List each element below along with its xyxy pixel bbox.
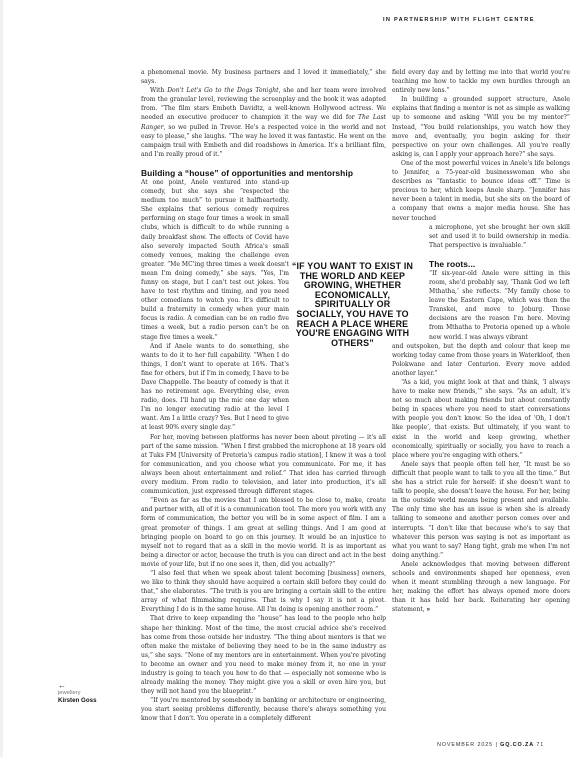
- film-title: Don't Let's Go to the Dogs Tonight: [167, 87, 278, 94]
- paragraph: Anele acknowledges that moving between d…: [392, 560, 570, 616]
- photo-credit: ← jewellery Kirsten Goss: [58, 681, 97, 705]
- page-gutter-edge: [0, 0, 3, 757]
- issue-date: NOVEMBER 2025 |: [437, 742, 500, 748]
- article-column-left: a phenomenal movie. My business partners…: [141, 68, 386, 724]
- page-footer: NOVEMBER 2025 | GQ.CO.ZA 71: [437, 742, 544, 748]
- paragraph: At one point, Anele ventured into stand-…: [141, 178, 289, 342]
- article-column-right: field every day and by letting me into t…: [392, 68, 570, 615]
- credit-label: jewellery: [58, 690, 97, 697]
- paragraph: a phenomenal movie. My business partners…: [141, 68, 386, 86]
- section-subheading: The roots...: [429, 259, 570, 269]
- paragraph: For her, moving between platforms has ne…: [141, 433, 386, 497]
- paragraph: With Don't Let's Go to the Dogs Tonight,…: [141, 86, 386, 159]
- paragraph: “If you're mentored by somebody in banki…: [141, 696, 386, 723]
- paragraph: In building a grounded support structure…: [392, 95, 570, 159]
- paragraph: That drive to keep expanding the “house”…: [141, 614, 386, 696]
- paragraph: and outspoken, but the depth and colour …: [392, 342, 570, 378]
- partnership-header: IN PARTNERSHIP WITH FLIGHT CENTRE: [383, 17, 535, 23]
- site-name: GQ.CO.ZA: [500, 742, 534, 748]
- paragraph: “If six-year-old Anele were sitting in t…: [429, 269, 570, 342]
- paragraph: Anele says that people often tell her, “…: [392, 460, 570, 560]
- section-subheading: Building a “house” of opportunities and …: [141, 168, 386, 178]
- paragraph: “I also feel that when we speak about ta…: [141, 569, 386, 614]
- paragraph: “As a kid, you might look at that and th…: [392, 378, 570, 460]
- paragraph: One of the most powerful voices in Anele…: [392, 159, 570, 223]
- paragraph: field every day and by letting me into t…: [392, 68, 570, 95]
- arrow-left-icon: ←: [58, 681, 97, 690]
- continue-mark-icon: »: [427, 607, 430, 613]
- paragraph: “Even as far as the movies that I am ble…: [141, 496, 386, 569]
- paragraph: a microphone, yet she brought her own sk…: [429, 223, 570, 250]
- page-number: 71: [534, 742, 544, 748]
- paragraph: And if Anele wants to do something, she …: [141, 342, 289, 433]
- credit-name: Kirsten Goss: [58, 697, 97, 705]
